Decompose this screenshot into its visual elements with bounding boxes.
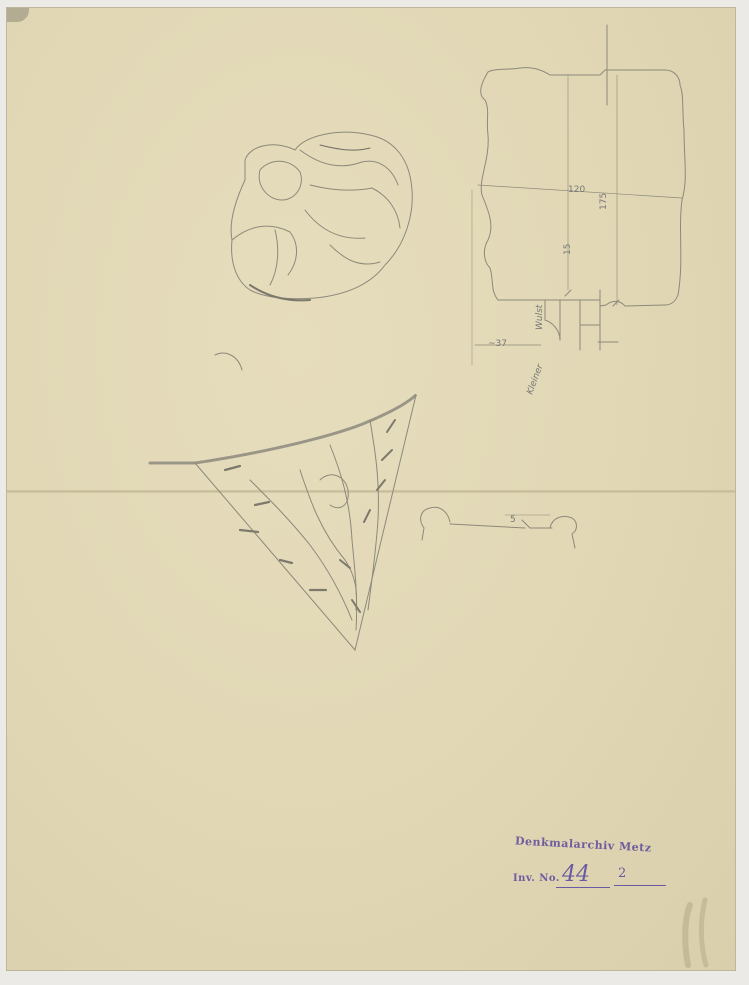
inventory-suffix: 2 [618,866,626,881]
inventory-underline [556,887,610,888]
curve-mark [215,353,242,370]
acanthus-spandrel-sketch [150,395,416,650]
inventory-number: 44 [562,862,590,887]
foliage-boss-sketch [231,132,412,300]
profile-section-sketch [472,25,685,365]
pencil-drawings: 120 175 15 ~37 Wulst Kleiner 5 [7,8,735,970]
inventory-suffix-underline [614,885,666,886]
small-profile-sketch [421,507,577,548]
dim-height-label: 175 [599,193,609,210]
dim-offset-label: ~37 [488,339,507,349]
dim-center-label: 120 [568,185,585,195]
note-kleiner: Kleiner [525,362,546,396]
paper-sheet: 120 175 15 ~37 Wulst Kleiner 5 [7,8,735,970]
dim-small-profile-label: 5 [510,515,516,525]
note-wulst: Wulst [535,304,545,330]
dim-inner-label: 15 [563,244,573,255]
archive-stamp-inv-label: Inv. No. [513,873,560,884]
